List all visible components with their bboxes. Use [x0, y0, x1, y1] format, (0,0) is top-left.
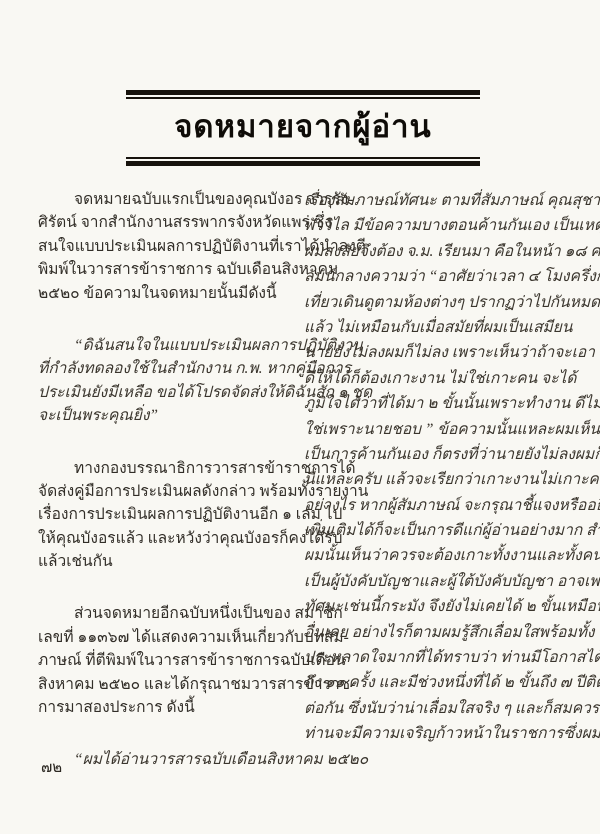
text-line: เรื่องการประเมินผลการปฏิบัติงานอีก ๑ เล่…	[38, 503, 298, 526]
left-column: จดหมายฉบับแรกเป็นของคุณบังอร จารุรัง-ศิร…	[38, 188, 298, 772]
paragraph-reader2-quote-start: “ผมได้อ่านวารสารฉบับเดือนสิงหาคม ๒๕๒๐	[38, 748, 298, 771]
text-line: ใช่เพราะนายชอบ ” ข้อความนั้นแหละผมเห็นว่…	[304, 417, 568, 442]
text-line: ท่านจะมีความเจริญก้าวหน้าในราชการซึ่งผมค…	[304, 721, 568, 746]
text-line: จดหมายฉบับแรกเป็นของคุณบังอร จารุรัง-	[38, 188, 298, 211]
text-line: ประหลาดใจมากที่ได้ทราบว่า ท่านมีโอกาสได้…	[304, 645, 568, 670]
text-line: ทัศนะเช่นนี้กระมัง จึงยังไม่เคยได้ ๒ ขั้…	[304, 594, 568, 619]
masthead-bottom-thin-rule	[126, 157, 480, 159]
right-column: เรื่องสัมภาษณ์ทัศนะ ตามที่สัมภาษณ์ คุณสุ…	[304, 188, 568, 747]
text-line: ทางกองบรรณาธิการวารสารข้าราชการได้	[38, 457, 298, 480]
text-line: แล้วเช่นกัน	[38, 550, 298, 573]
text-line: การมาสองประการ ดังนี้	[38, 696, 298, 719]
text-line: นี่แหละครับ แล้วจะเรียกว่าเกาะงานไม่เกาะ…	[304, 467, 568, 492]
text-line: “ดิฉันสนใจในแบบประเมินผลการปฏิบัติงาน	[38, 334, 298, 357]
text-line: พิมพ์ในวารสารข้าราชการ ฉบับเดือนสิงหาคม	[38, 258, 298, 281]
text-line: ลัมน์กลางความว่า “อาศัยว่าเวลา ๔ โมงครึ่…	[304, 264, 568, 289]
magazine-page: จดหมายจากผู้อ่าน จดหมายฉบับแรกเป็นของคุณ…	[0, 0, 600, 834]
text-line: เป็นการค้านกันเอง ก็ตรงที่ว่านายยังไม่ลง…	[304, 442, 568, 467]
page-title: จดหมายจากผู้อ่าน	[126, 99, 480, 157]
text-line: อย่างไร หากผู้สัมภาษณ์ จะกรุณาชี้แจงหรือ…	[304, 493, 568, 518]
text-line: จัดส่งคู่มือการประเมินผลดังกล่าว พร้อมทั…	[38, 480, 298, 503]
text-line: ภาษณ์ ที่ตีพิมพ์ในวารสารข้าราชการฉบับเดื…	[38, 649, 298, 672]
text-line: ส่วนจดหมายอีกฉบับหนึ่งเป็นของ สมาชิก	[38, 602, 298, 625]
text-line: เรื่องสัมภาษณ์ทัศนะ ตามที่สัมภาษณ์ คุณสุ…	[304, 188, 568, 213]
paragraph-intro-letter2: ส่วนจดหมายอีกฉบับหนึ่งเป็นของ สมาชิกเลขท…	[38, 602, 298, 719]
masthead: จดหมายจากผู้อ่าน	[126, 90, 480, 166]
text-line: ที่กำลังทดลองใช้ในสำนักงาน ก.พ. หากคู่มื…	[38, 357, 298, 380]
text-line: ถึง ๑๑ ครั้ง และมีช่วงหนึ่งที่ได้ ๒ ขั้น…	[304, 670, 568, 695]
text-line: ให้คุณบังอรแล้ว และหวังว่าคุณบังอรก็คงได…	[38, 527, 298, 550]
page-number: ๗๒	[41, 758, 62, 778]
masthead-top-thick-rule	[126, 90, 480, 95]
masthead-bottom-thick-rule	[126, 161, 480, 166]
text-line: พัววิไล มีข้อความบางตอนค้านกันเอง เป็นเห…	[304, 213, 568, 238]
text-line: เพิ่มเติมได้ก็จะเป็นการดีแก่ผู้อ่านอย่าง…	[304, 518, 568, 543]
text-line: จะเป็นพระคุณยิ่ง”	[38, 404, 298, 427]
text-line: สนใจแบบประเมินผลการปฏิบัติงานที่เราได้นำ…	[38, 235, 298, 258]
text-line: ๒๕๒๐ ข้อความในจดหมายนั้นมีดังนี้	[38, 282, 298, 305]
text-line: “ผมได้อ่านวารสารฉบับเดือนสิงหาคม ๒๕๒๐	[38, 748, 298, 771]
text-line: เป็นผู้บังคับบัญชาและผู้ใต้บังคับบัญชา อ…	[304, 569, 568, 594]
text-line: ประเมินยังมีเหลือ ขอได้โปรดจัดส่งให้ดิฉั…	[38, 381, 298, 404]
text-line: แล้ว ไม่เหมือนกับเมื่อสมัยที่ผมเป็นเสมีย…	[304, 315, 568, 340]
paragraph-editor-reply: ทางกองบรรณาธิการวารสารข้าราชการได้จัดส่ง…	[38, 457, 298, 574]
text-line: เที่ยวเดินดูตามห้องต่างๆ ปรากฏว่าไปกันหม…	[304, 290, 568, 315]
paragraph-reader1-quote: “ดิฉันสนใจในแบบประเมินผลการปฏิบัติงานที่…	[38, 334, 298, 428]
text-line: สิงหาคม ๒๕๒๐ และได้กรุณาชมวารสารข้าราช-	[38, 673, 298, 696]
text-line: เลขที่ ๑๑๓๖๗ ได้แสดงความเห็นเกี่ยวกับบทส…	[38, 626, 298, 649]
text-line: ผมสงสัยจึงต้อง จ.ม. เรียนมา คือในหน้า ๑๘…	[304, 239, 568, 264]
text-line: อื่นเลย อย่างไรก็ตามผมรู้สึกเลื่อมใสพร้อ…	[304, 620, 568, 645]
text-line: ภูมิใจได้ว่าที่ได้มา ๒ ขั้นนั้นเพราะทำงา…	[304, 391, 568, 416]
text-line: ดีให้ได้ก็ต้องเกาะงาน ไม่ใช่เกาะคน จะได้	[304, 366, 568, 391]
text-line: ผมนั้นเห็นว่าควรจะต้องเกาะทั้งงานและทั้ง…	[304, 543, 568, 568]
text-line: นายยังไม่ลงผมก็ไม่ลง เพราะเห็นว่าถ้าจะเอ…	[304, 340, 568, 365]
text-line: ศิรัตน์ จากสำนักงานสรรพากรจังหวัดแพร่ ซึ…	[38, 211, 298, 234]
text-line: ต่อกัน ซึ่งนับว่าน่าเลื่อมใสจริง ๆ และก็…	[304, 696, 568, 721]
paragraph-intro-letter1: จดหมายฉบับแรกเป็นของคุณบังอร จารุรัง-ศิร…	[38, 188, 298, 305]
